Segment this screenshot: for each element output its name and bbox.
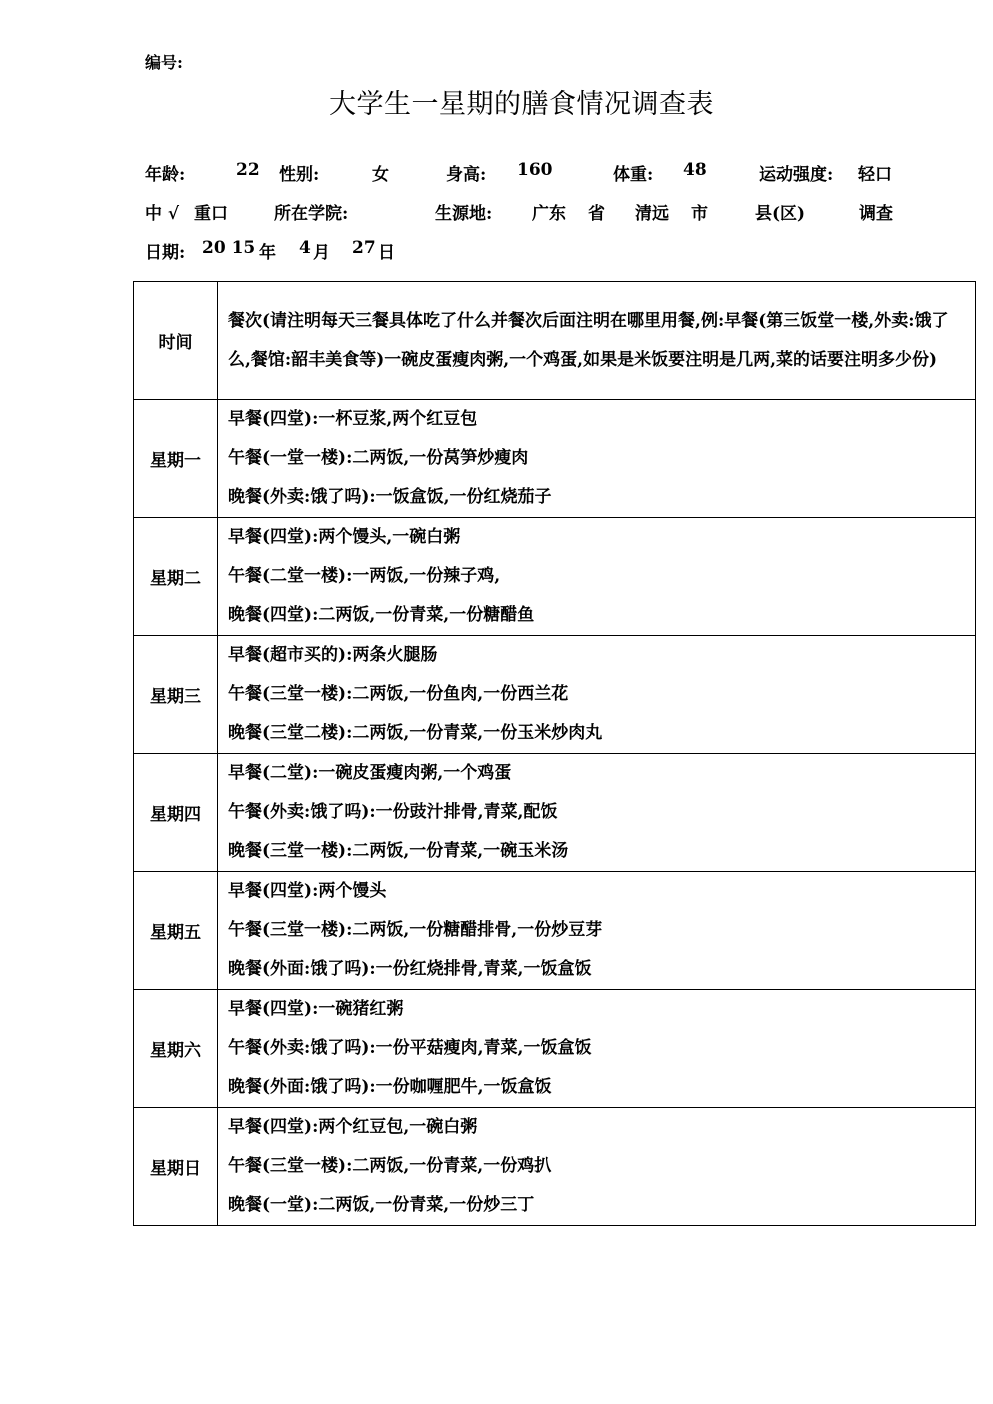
date-month: 4 xyxy=(299,238,311,258)
day-cell: 星期三 xyxy=(134,636,218,754)
breakfast-entry: 早餐(超市买的):两条火腿肠 xyxy=(228,636,969,675)
college-label: 所在学院: xyxy=(274,199,348,224)
lunch-entry: 午餐(外卖:饿了吗):一份豉汁排骨,青菜,配饭 xyxy=(228,793,969,832)
meals-cell: 早餐(四堂):一杯豆浆,两个红豆包 午餐(一堂一楼):二两饭,一份莴笋炒瘦肉 晚… xyxy=(218,400,976,518)
breakfast-entry: 早餐(二堂):一碗皮蛋瘦肉粥,一个鸡蛋 xyxy=(228,754,969,793)
diet-survey-table: 时间 餐次(请注明每天三餐具体吃了什么并餐次后面注明在哪里用餐,例:早餐(第三饭… xyxy=(133,281,976,1226)
document-number-label: 编号: xyxy=(145,50,183,73)
origin-province: 广东 xyxy=(532,199,566,224)
table-row: 星期一 早餐(四堂):一杯豆浆,两个红豆包 午餐(一堂一楼):二两饭,一份莴笋炒… xyxy=(134,400,976,518)
table-row: 星期五 早餐(四堂):两个馒头 午餐(三堂一楼):二两饭,一份糖醋排骨,一份炒豆… xyxy=(134,872,976,990)
day-cell: 星期二 xyxy=(134,518,218,636)
height-label: 身高: xyxy=(446,160,486,185)
exercise-label: 运动强度: xyxy=(759,160,833,185)
table-row: 星期四 早餐(二堂):一碗皮蛋瘦肉粥,一个鸡蛋 午餐(外卖:饿了吗):一份豉汁排… xyxy=(134,754,976,872)
height-value: 160 xyxy=(517,160,553,180)
date-year: 20 15 xyxy=(202,238,255,258)
document-title: 大学生一星期的膳食情况调查表 xyxy=(0,82,993,121)
dinner-entry: 晚餐(四堂):二两饭,一份青菜,一份糖醋鱼 xyxy=(228,596,969,635)
dinner-entry: 晚餐(三堂二楼):二两饭,一份青菜,一份玉米炒肉丸 xyxy=(228,714,969,753)
weight-value: 48 xyxy=(683,160,707,180)
origin-city: 清远 xyxy=(635,199,669,224)
table-row: 星期二 早餐(四堂):两个馒头,一碗白粥 午餐(二堂一楼):一两饭,一份辣子鸡,… xyxy=(134,518,976,636)
lunch-entry: 午餐(一堂一楼):二两饭,一份莴笋炒瘦肉 xyxy=(228,439,969,478)
exercise-light-option: 轻口 xyxy=(858,160,892,185)
day-cell: 星期六 xyxy=(134,990,218,1108)
day-cell: 星期五 xyxy=(134,872,218,990)
meals-cell: 早餐(二堂):一碗皮蛋瘦肉粥,一个鸡蛋 午餐(外卖:饿了吗):一份豉汁排骨,青菜… xyxy=(218,754,976,872)
dinner-entry: 晚餐(外卖:饿了吗):一饭盒饭,一份红烧茄子 xyxy=(228,478,969,517)
meals-cell: 早餐(四堂):两个馒头 午餐(三堂一楼):二两饭,一份糖醋排骨,一份炒豆芽 晚餐… xyxy=(218,872,976,990)
weight-label: 体重: xyxy=(613,160,653,185)
table-row: 星期日 早餐(四堂):两个红豆包,一碗白粥 午餐(三堂一楼):二两饭,一份青菜,… xyxy=(134,1108,976,1226)
month-suffix: 月 xyxy=(313,238,330,263)
lunch-entry: 午餐(三堂一楼):二两饭,一份青菜,一份鸡扒 xyxy=(228,1147,969,1186)
breakfast-entry: 早餐(四堂):两个红豆包,一碗白粥 xyxy=(228,1108,969,1147)
meals-cell: 早餐(四堂):两个红豆包,一碗白粥 午餐(三堂一楼):二两饭,一份青菜,一份鸡扒… xyxy=(218,1108,976,1226)
day-cell: 星期一 xyxy=(134,400,218,518)
age-label: 年龄: xyxy=(145,160,185,185)
dinner-entry: 晚餐(外面:饿了吗):一份红烧排骨,青菜,一饭盒饭 xyxy=(228,950,969,989)
gender-value: 女 xyxy=(372,160,389,185)
county-suffix: 县(区) xyxy=(755,199,805,224)
city-suffix: 市 xyxy=(691,199,708,224)
day-cell: 星期日 xyxy=(134,1108,218,1226)
lunch-entry: 午餐(外卖:饿了吗):一份平菇瘦肉,青菜,一饭盒饭 xyxy=(228,1029,969,1068)
day-suffix: 日 xyxy=(378,238,395,263)
exercise-heavy-option: 重口 xyxy=(194,199,228,224)
meals-cell: 早餐(超市买的):两条火腿肠 午餐(三堂一楼):二两饭,一份鱼肉,一份西兰花 晚… xyxy=(218,636,976,754)
meals-cell: 早餐(四堂):一碗猪红粥 午餐(外卖:饿了吗):一份平菇瘦肉,青菜,一饭盒饭 晚… xyxy=(218,990,976,1108)
survey-label: 调查 xyxy=(859,199,893,224)
age-value: 22 xyxy=(236,160,260,180)
table-row: 星期三 早餐(超市买的):两条火腿肠 午餐(三堂一楼):二两饭,一份鱼肉,一份西… xyxy=(134,636,976,754)
origin-label: 生源地: xyxy=(435,199,492,224)
breakfast-entry: 早餐(四堂):一碗猪红粥 xyxy=(228,990,969,1029)
breakfast-entry: 早餐(四堂):一杯豆浆,两个红豆包 xyxy=(228,400,969,439)
breakfast-entry: 早餐(四堂):两个馒头 xyxy=(228,872,969,911)
exercise-medium-option: 中 √ xyxy=(145,199,179,224)
meal-instruction-cell: 餐次(请注明每天三餐具体吃了什么并餐次后面注明在哪里用餐,例:早餐(第三饭堂一楼… xyxy=(218,282,976,400)
date-label: 日期: xyxy=(145,238,185,263)
lunch-entry: 午餐(二堂一楼):一两饭,一份辣子鸡, xyxy=(228,557,969,596)
date-day: 27 xyxy=(352,238,376,258)
dinner-entry: 晚餐(外面:饿了吗):一份咖喱肥牛,一饭盒饭 xyxy=(228,1068,969,1107)
breakfast-entry: 早餐(四堂):两个馒头,一碗白粥 xyxy=(228,518,969,557)
dinner-entry: 晚餐(一堂):二两饭,一份青菜,一份炒三丁 xyxy=(228,1186,969,1225)
year-suffix: 年 xyxy=(259,238,276,263)
gender-label: 性别: xyxy=(279,160,319,185)
province-suffix: 省 xyxy=(588,199,605,224)
day-cell: 星期四 xyxy=(134,754,218,872)
time-header-cell: 时间 xyxy=(134,282,218,400)
table-header-row: 时间 餐次(请注明每天三餐具体吃了什么并餐次后面注明在哪里用餐,例:早餐(第三饭… xyxy=(134,282,976,400)
lunch-entry: 午餐(三堂一楼):二两饭,一份糖醋排骨,一份炒豆芽 xyxy=(228,911,969,950)
table-row: 星期六 早餐(四堂):一碗猪红粥 午餐(外卖:饿了吗):一份平菇瘦肉,青菜,一饭… xyxy=(134,990,976,1108)
meal-instruction-text: 餐次(请注明每天三餐具体吃了什么并餐次后面注明在哪里用餐,例:早餐(第三饭堂一楼… xyxy=(228,301,969,380)
lunch-entry: 午餐(三堂一楼):二两饭,一份鱼肉,一份西兰花 xyxy=(228,675,969,714)
dinner-entry: 晚餐(三堂一楼):二两饭,一份青菜,一碗玉米汤 xyxy=(228,832,969,871)
meals-cell: 早餐(四堂):两个馒头,一碗白粥 午餐(二堂一楼):一两饭,一份辣子鸡, 晚餐(… xyxy=(218,518,976,636)
